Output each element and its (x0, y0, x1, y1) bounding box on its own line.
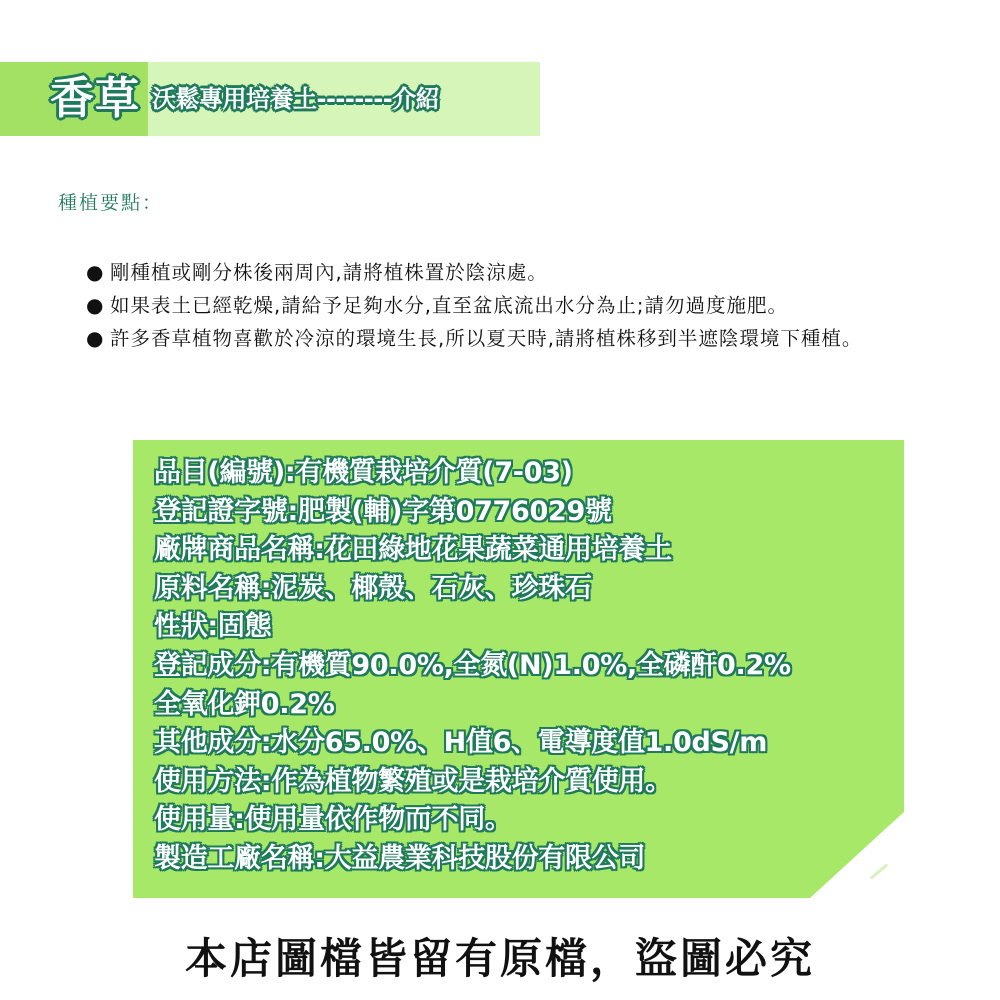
spec-item-code: 品目(編號):有機質栽培介質(7-03) (154, 454, 791, 493)
spec-potassium: 全氧化鉀0.2% (154, 686, 791, 725)
tips-list: ● 剛種植或剛分株後兩周內,請將植株置於陰涼處。 ● 如果表土已經乾燥,請給予足… (86, 256, 966, 355)
copyright-notice: 本店圖檔皆留有原檔，盜圖必究 (0, 938, 1000, 980)
title-banner: 香草 沃鬆專用培養土--------介紹 (0, 62, 540, 136)
banner-sub-block: 沃鬆專用培養土--------介紹 (148, 62, 540, 136)
spec-raw-materials: 原料名稱:泥炭、椰殼、石灰、珍珠石 (154, 570, 791, 609)
banner-main-block: 香草 (0, 62, 148, 136)
tip-item: ● 許多香草植物喜歡於冷涼的環境生長,所以夏天時,請將植株移到半遮陰環境下種植。 (86, 322, 966, 355)
corner-accent-decoration (870, 863, 889, 879)
spec-other-components: 其他成分:水分65.0%、H值6、電導度值1.0dS/m (154, 724, 791, 763)
spec-brand-name: 廠牌商品名稱:花田綠地花果蔬菜通用培養土 (154, 531, 791, 570)
tips-heading: 種植要點： (58, 188, 163, 215)
spec-manufacturer: 製造工廠名稱:大益農業科技股份有限公司 (154, 840, 791, 879)
tip-item: ● 如果表土已經乾燥,請給予足夠水分,直至盆底流出水分為止;請勿過度施肥。 (86, 289, 966, 322)
spec-registered-components: 登記成分:有機質90.0%,全氮(N)1.0%,全磷酐0.2% (154, 647, 791, 686)
bullet-icon: ● (86, 289, 104, 322)
spec-registration-number: 登記證字號:肥製(輔)字第0776029號 (154, 493, 791, 532)
tip-text: 如果表土已經乾燥,請給予足夠水分,直至盆底流出水分為止;請勿過度施肥。 (110, 294, 788, 317)
bullet-icon: ● (86, 322, 104, 355)
banner-subtitle: 沃鬆專用培養土--------介紹 (152, 87, 439, 111)
product-spec-panel: 品目(編號):有機質栽培介質(7-03) 登記證字號:肥製(輔)字第077602… (133, 440, 904, 898)
bullet-icon: ● (86, 256, 104, 289)
spec-usage-amount: 使用量:使用量依作物而不同。 (154, 801, 791, 840)
tip-text: 剛種植或剛分株後兩周內,請將植株置於陰涼處。 (110, 261, 548, 284)
tip-text: 許多香草植物喜歡於冷涼的環境生長,所以夏天時,請將植株移到半遮陰環境下種植。 (110, 327, 862, 350)
tip-item: ● 剛種植或剛分株後兩周內,請將植株置於陰涼處。 (86, 256, 966, 289)
spec-form: 性狀:固態 (154, 608, 791, 647)
banner-main-title: 香草 (50, 77, 140, 121)
spec-list: 品目(編號):有機質栽培介質(7-03) 登記證字號:肥製(輔)字第077602… (154, 454, 791, 879)
spec-usage-method: 使用方法:作為植物繁殖或是栽培介質使用。 (154, 763, 791, 802)
